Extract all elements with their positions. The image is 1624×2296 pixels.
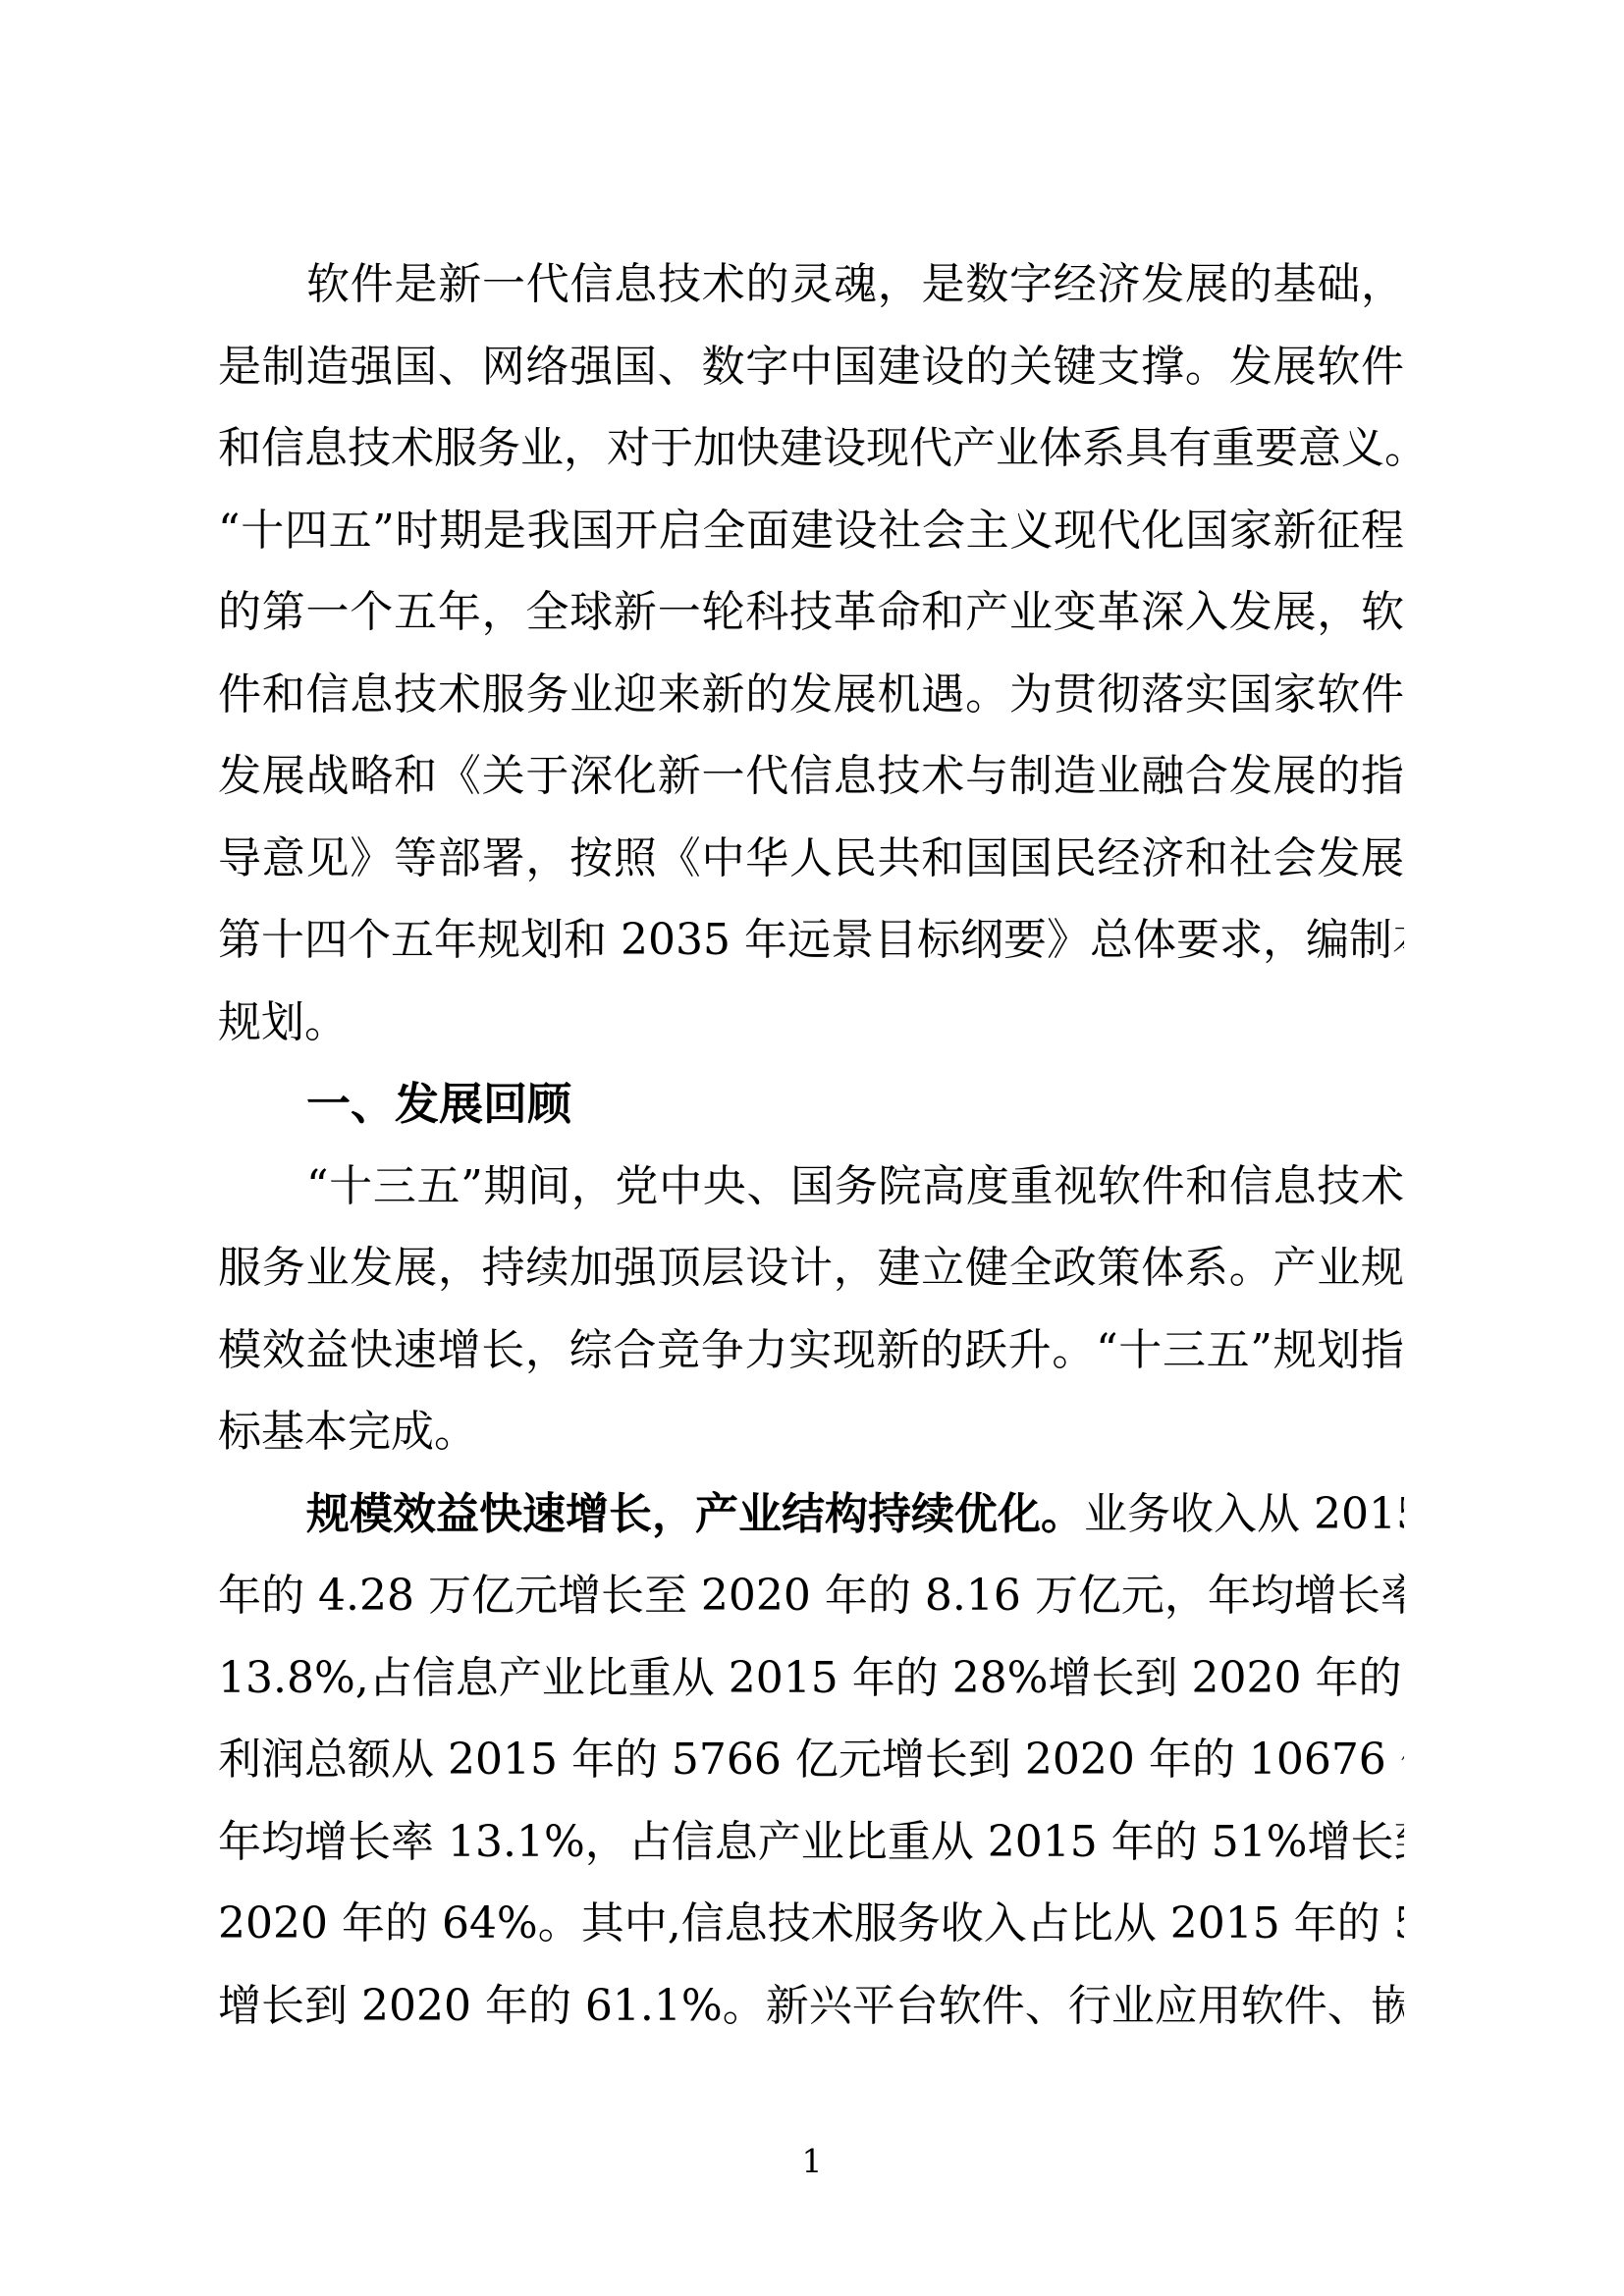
bold-lead-in: 规模效益快速增长，产业结构持续优化。: [306, 1489, 1084, 1539]
text-line: 软件是新一代信息技术的灵魂，是数字经济发展的基础，: [218, 243, 1404, 326]
text-line: 2020 年的 64%。其中,信息技术服务收入占比从 2015 年的 51.2%: [218, 1883, 1404, 1965]
text-line-mixed: 规模效益快速增长，产业结构持续优化。业务收入从 2015: [218, 1473, 1404, 1556]
text-line: “十四五”时期是我国开启全面建设社会主义现代化国家新征程: [218, 490, 1404, 572]
document-page: 软件是新一代信息技术的灵魂，是数字经济发展的基础， 是制造强国、网络强国、数字中…: [0, 0, 1624, 2296]
text-line: 利润总额从 2015 年的 5766 亿元增长到 2020 年的 10676 亿…: [218, 1719, 1404, 1801]
text-line: 发展战略和《关于深化新一代信息技术与制造业融合发展的指: [218, 735, 1404, 818]
lead-rest-text: 业务收入从 2015: [1084, 1489, 1404, 1539]
text-line: 服务业发展，持续加强顶层设计，建立健全政策体系。产业规: [218, 1227, 1404, 1309]
text-line: 和信息技术服务业，对于加快建设现代产业体系具有重要意义。: [218, 407, 1404, 490]
text-line: 导意见》等部署，按照《中华人民共和国国民经济和社会发展: [218, 818, 1404, 900]
page-number: 1: [0, 2138, 1624, 2185]
text-line: 13.8%,占信息产业比重从 2015 年的 28%增长到 2020 年的 40…: [218, 1637, 1404, 1720]
text-line: 年均增长率 13.1%，占信息产业比重从 2015 年的 51%增长到: [218, 1801, 1404, 1884]
document-body: 软件是新一代信息技术的灵魂，是数字经济发展的基础， 是制造强国、网络强国、数字中…: [218, 243, 1404, 2047]
text-line: 的第一个五年，全球新一轮科技革命和产业变革深入发展，软: [218, 571, 1404, 654]
text-line: “十三五”期间，党中央、国务院高度重视软件和信息技术: [218, 1146, 1404, 1228]
text-line: 增长到 2020 年的 61.1%。新兴平台软件、行业应用软件、嵌入: [218, 1965, 1404, 2048]
text-line: 模效益快速增长，综合竞争力实现新的跃升。“十三五”规划指: [218, 1309, 1404, 1392]
text-line: 是制造强国、网络强国、数字中国建设的关键支撑。发展软件: [218, 326, 1404, 408]
text-line: 标基本完成。: [218, 1391, 1404, 1473]
section-heading-development-review: 一、发展回顾: [218, 1063, 1404, 1146]
text-line: 年的 4.28 万亿元增长至 2020 年的 8.16 万亿元，年均增长率达: [218, 1555, 1404, 1637]
text-line: 规划。: [218, 982, 1404, 1064]
text-line: 第十四个五年规划和 2035 年远景目标纲要》总体要求，编制本: [218, 899, 1404, 982]
text-line: 件和信息技术服务业迎来新的发展机遇。为贯彻落实国家软件: [218, 654, 1404, 736]
